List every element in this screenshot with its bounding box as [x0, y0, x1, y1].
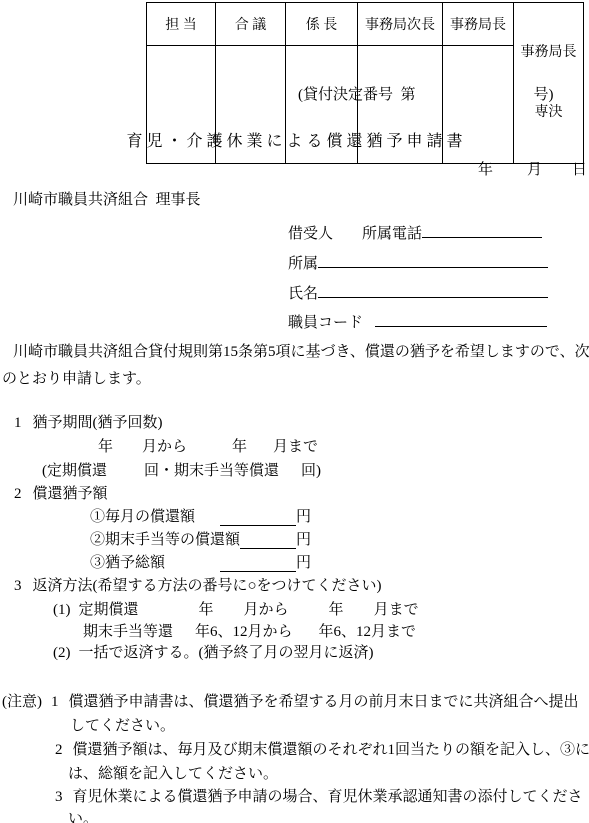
table-header-jimukyoku-jicho: 事務局次長: [358, 3, 443, 46]
period-month-from-label: 月から: [142, 438, 187, 456]
note1-line1: (注意) 1 償還猶予申請書は、償還猶予を希望する月の前月末日までに共済組合へ提…: [2, 693, 579, 711]
note3-text1: 育児休業による償還猶予申請の場合、育児休業承認通知書の添付してくださ: [73, 788, 583, 806]
total-deferment-label: ③猶予総額: [90, 554, 220, 572]
option1-bonus-from-label: 年6、12月から: [195, 623, 293, 641]
section2-number: 2: [14, 485, 22, 503]
option2-text: 一括で返済する。(猶予終了月の翌月に返済): [79, 644, 374, 662]
total-deferment-fill-line: [220, 554, 296, 572]
option1-bonus-label: 期末手当等還: [83, 623, 173, 641]
phone-label: 所属電話: [362, 225, 422, 243]
section3-heading: 3 返済方法(希望する方法の番号に○をつけてください): [14, 577, 382, 595]
date-line: 年 月 日: [478, 161, 587, 179]
monthly-repayment-fill-line: [220, 508, 296, 526]
note2-line1: 2 償還猶予額は、毎月及び期末償還額のそれぞれ1回当たりの額を記入し、③に: [55, 741, 589, 759]
option1-month-from-label: 月から: [244, 601, 289, 619]
section1-counts-row: (定期償還 回・期末手当等償還 回): [42, 462, 321, 480]
section2-heading: 2 償還猶予額: [14, 485, 108, 503]
note1-line2: してください。: [70, 717, 175, 735]
section1-period-row: 年 月から 年 月まで: [98, 438, 318, 456]
table-header-tanto: 担 当: [147, 3, 216, 46]
borrower-dept-row: 所属: [288, 251, 548, 273]
period-year-to-label: 年: [232, 438, 247, 456]
section1-title: 猶予期間(猶予回数): [33, 414, 163, 432]
table-header-gogi: 合 議: [216, 3, 286, 46]
counts-open: (定期償還: [42, 462, 107, 480]
application-form-page: 担 当 合 議 係 長 事務局次長 事務局長 事務局長 専決 (貸付決定番号 第…: [0, 0, 589, 823]
note2-text1: 償還猶予額は、毎月及び期末償還額のそれぞれ1回当たりの額を記入し、③に: [73, 741, 589, 759]
total-deferment-row: ③猶予総額 円: [90, 554, 311, 572]
option1-bonus-row: 期末手当等還 年6、12月から 年6、12月まで: [83, 623, 416, 641]
note2-line2: は、総額を記入してください。: [68, 765, 278, 783]
code-fill-line: [375, 310, 547, 327]
borrower-label: 借受人: [288, 225, 333, 243]
option1-year-to-label: 年: [329, 601, 344, 619]
loan-number-prefix: (貸付決定番号 第: [298, 86, 416, 104]
section1-number: 1: [14, 414, 22, 432]
date-year-label: 年: [478, 161, 493, 179]
note2-number: 2: [55, 741, 63, 759]
senketsu-line2: 専決: [514, 103, 583, 123]
senketsu-line1: 事務局長: [514, 43, 583, 63]
note3-line1: 3 育児休業による償還猶予申請の場合、育児休業承認通知書の添付してくださ: [55, 788, 583, 806]
counts-middle: 回・期末手当等償還: [144, 462, 279, 480]
section1-heading: 1 猶予期間(猶予回数): [14, 414, 163, 432]
dept-label: 所属: [288, 255, 318, 273]
option1-month-to-label: 月まで: [374, 601, 419, 619]
option2-number: (2): [53, 644, 71, 662]
borrower-name-row: 氏名: [288, 281, 548, 303]
name-fill-line: [318, 281, 548, 298]
page-title: 育 児 ・ 介 護 休 業 に よ る 償 還 猶 予 申 請 書: [0, 128, 589, 151]
loan-number-suffix: 号): [534, 86, 554, 104]
monthly-repayment-label: ①毎月の償還額: [90, 508, 220, 526]
option1-number: (1): [53, 601, 71, 619]
note3-line2: い。: [68, 810, 98, 823]
option1-regular-row: (1) 定期償還 年 月から 年 月まで: [53, 601, 419, 619]
option1-regular-label: 定期償還: [79, 601, 139, 619]
option1-year-from-label: 年: [199, 601, 214, 619]
notes-label: (注意): [2, 693, 42, 711]
note3-number: 3: [55, 788, 63, 806]
name-label: 氏名: [288, 285, 318, 303]
phone-fill-line: [422, 221, 542, 238]
date-month-label: 月: [527, 161, 542, 179]
borrower-phone-row: 借受人 所属電話: [288, 221, 542, 243]
table-header-kakaricho: 係 長: [286, 3, 358, 46]
bonus-repayment-label: ②期末手当等の償還額: [90, 531, 240, 549]
option2-row: (2) 一括で返済する。(猶予終了月の翌月に返済): [53, 644, 374, 662]
section3-number: 3: [14, 577, 22, 595]
borrower-code-row: 職員コード: [288, 310, 547, 332]
monthly-repayment-row: ①毎月の償還額 円: [90, 508, 311, 526]
employee-code-label: 職員コード: [288, 314, 363, 332]
yen-unit: 円: [296, 531, 311, 549]
yen-unit: 円: [296, 554, 311, 572]
period-month-to-label: 月まで: [273, 438, 318, 456]
bonus-repayment-fill-line: [240, 531, 296, 549]
counts-close: 回): [301, 462, 321, 480]
body-paragraph-line1: 川崎市職員共済組合貸付規則第15条第5項に基づき、償還の猶予を希望しますので、次: [13, 343, 589, 361]
section2-title: 償還猶予額: [33, 485, 108, 503]
body-paragraph-line2: のとおり申請します。: [2, 370, 151, 388]
option1-bonus-to-label: 年6、12月まで: [319, 623, 417, 641]
note1-text1: 償還猶予申請書は、償還猶予を希望する月の前月末日までに共済組合へ提出: [69, 693, 579, 711]
yen-unit: 円: [296, 508, 311, 526]
section3-title: 返済方法(希望する方法の番号に○をつけてください): [33, 577, 382, 595]
bonus-repayment-row: ②期末手当等の償還額 円: [90, 531, 311, 549]
note1-number: 1: [51, 693, 59, 711]
loan-number-line: (貸付決定番号 第 号): [298, 86, 554, 104]
period-year-from-label: 年: [98, 438, 113, 456]
addressee: 川崎市職員共済組合 理事長: [13, 191, 201, 209]
date-day-label: 日: [572, 161, 587, 179]
dept-fill-line: [318, 251, 548, 268]
table-header-jimukyokucho: 事務局長: [443, 3, 514, 46]
